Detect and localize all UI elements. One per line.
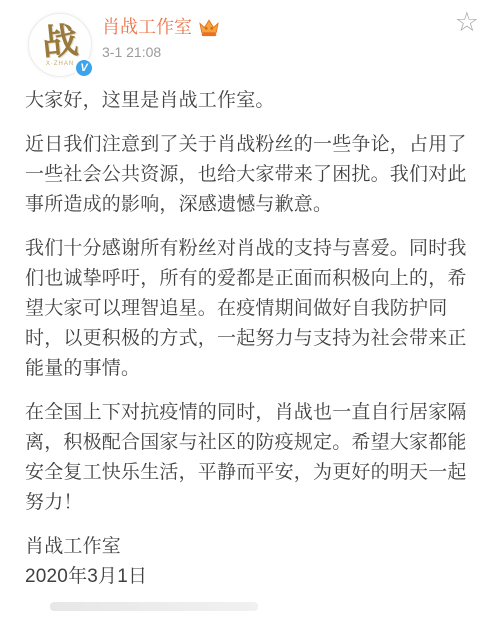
signature-block: 肖战工作室 2020年3月1日 xyxy=(25,532,475,592)
timestamp: 3-1 21:08 xyxy=(102,44,220,60)
name-row: 肖战工作室 xyxy=(102,16,220,38)
cutoff-next-element-strip xyxy=(50,602,258,611)
post-header: 战 X·ZHAN V 肖战工作室 3-1 21:08 ☆ xyxy=(0,0,499,80)
avatar[interactable]: 战 X·ZHAN V xyxy=(28,13,92,77)
paragraph-epidemic: 在全国上下对抗疫情的同时，肖战也一直自行居家隔 离，积极配合国家与社区的防疫规定… xyxy=(25,398,475,518)
avatar-logo-char: 战 xyxy=(40,22,80,62)
signature-date: 2020年3月1日 xyxy=(25,562,475,592)
header-info: 肖战工作室 3-1 21:08 xyxy=(102,13,220,60)
weibo-post-card: 战 X·ZHAN V 肖战工作室 3-1 21:08 ☆ 大家好，这里是肖战工作… xyxy=(0,0,499,618)
username[interactable]: 肖战工作室 xyxy=(102,16,192,38)
post-content: 大家好，这里是肖战工作室。 近日我们注意到了关于肖战粉丝的一些争论，占用了 一些… xyxy=(0,80,499,611)
paragraph-greeting: 大家好，这里是肖战工作室。 xyxy=(25,86,475,116)
verified-badge-icon: V xyxy=(74,58,94,78)
paragraph-appeal: 我们十分感谢所有粉丝对肖战的支持与喜爱。同时我 们也诚挚呼吁，所有的爱都是正面而… xyxy=(25,234,475,384)
paragraph-apology: 近日我们注意到了关于肖战粉丝的一些争论，占用了 一些社会公共资源，也给大家带来了… xyxy=(25,130,475,220)
vip-crown-icon xyxy=(198,18,220,37)
signature-name: 肖战工作室 xyxy=(25,532,475,562)
favorite-star-icon[interactable]: ☆ xyxy=(455,6,479,38)
